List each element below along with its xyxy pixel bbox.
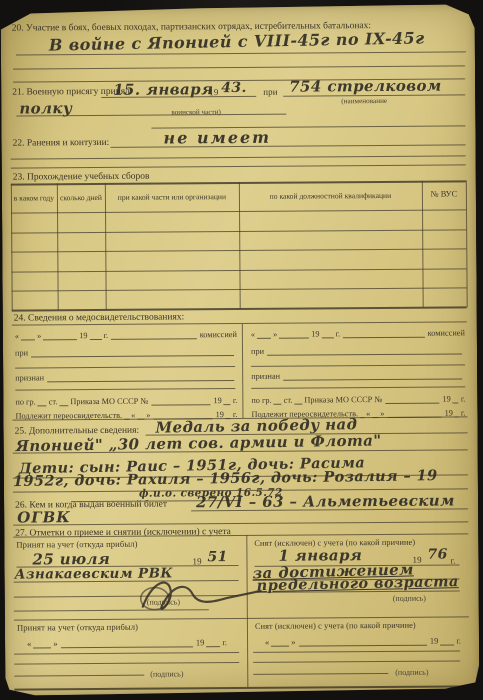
pri-label: при bbox=[15, 348, 28, 357]
rule-line bbox=[253, 673, 388, 675]
medical-column-divider bbox=[242, 324, 244, 418]
year-g: г. bbox=[461, 394, 466, 403]
blank-field bbox=[38, 395, 47, 406]
rule-line bbox=[251, 364, 465, 366]
medical-left-date-row: «»19г.комиссией bbox=[15, 328, 237, 341]
year-g: г. bbox=[222, 637, 227, 647]
year-printed: 19 bbox=[79, 331, 87, 340]
medical-left-priznan-row: признан bbox=[15, 370, 237, 383]
accepted-label-row2: Принят на учет (откуда прибыл) bbox=[17, 623, 138, 634]
quote-close: » bbox=[291, 637, 295, 647]
quote-close: » bbox=[273, 330, 277, 339]
medical-right-pri-row: при bbox=[251, 343, 465, 355]
table-header-vus: № ВУС bbox=[423, 181, 465, 208]
rule-line bbox=[11, 155, 466, 159]
quote-open: « bbox=[265, 637, 269, 647]
blank-field bbox=[279, 328, 309, 339]
blank-field bbox=[298, 635, 426, 647]
accept-date-blank-row2: «»19г. bbox=[27, 636, 227, 648]
blank-field bbox=[283, 368, 462, 380]
signature-scribble bbox=[133, 572, 265, 619]
blank-field bbox=[267, 343, 462, 355]
blank-field bbox=[274, 394, 282, 405]
blank-field bbox=[31, 345, 234, 357]
table-header-days: сколько дней bbox=[58, 184, 104, 211]
table-header-year: в каком году bbox=[12, 184, 56, 211]
table-border-right bbox=[466, 180, 468, 307]
commission-label: комиссией bbox=[428, 328, 465, 337]
blank-field bbox=[271, 636, 289, 647]
prikaz-label: Приказа МО СССР № bbox=[70, 397, 148, 407]
po-gr-label: по гр. bbox=[251, 396, 271, 405]
quote-open: « bbox=[27, 638, 31, 648]
paper-sheet: 20. Участие в боях, боевых походах, парт… bbox=[1, 4, 480, 695]
medical-left-pri-row: при bbox=[15, 345, 237, 358]
removed-date-blank-row2: «»19г. bbox=[265, 634, 461, 646]
rule-line bbox=[253, 650, 460, 652]
blank-field bbox=[206, 636, 220, 647]
st-label: ст. bbox=[284, 396, 293, 405]
rule-line bbox=[14, 652, 239, 655]
priznan-label: признан bbox=[251, 372, 280, 381]
priznan-label: признан bbox=[15, 373, 44, 382]
rule-line bbox=[13, 65, 465, 69]
rule-line bbox=[11, 164, 466, 168]
year-printed: 19 bbox=[442, 395, 450, 404]
removed-label-row2: Снят (исключен) с учета (по какой причин… bbox=[255, 621, 416, 632]
blank-field bbox=[59, 395, 68, 406]
blank-field bbox=[440, 635, 454, 646]
signature-label-removed-row2: (подпись) bbox=[395, 668, 428, 677]
signature-label-accept-row2: (подпись) bbox=[150, 669, 183, 678]
section23-label: 23. Прохождение учебных сборов bbox=[13, 172, 150, 183]
rule-line bbox=[14, 675, 144, 677]
removed-year-handwriting: 76 bbox=[427, 547, 447, 563]
blank-field bbox=[224, 394, 231, 405]
quote-close: » bbox=[37, 331, 41, 340]
po-gr-label: по гр. bbox=[15, 397, 35, 406]
quote-open: « bbox=[15, 332, 19, 341]
rule-line bbox=[15, 366, 235, 369]
year-g: г. bbox=[233, 396, 238, 405]
section21-caption-2: воинской части) bbox=[171, 108, 221, 116]
section24-label: 24. Сведения о медосвидетельствованиях: bbox=[14, 312, 185, 323]
year-printed: 19 bbox=[311, 329, 319, 338]
prikaz-label: Приказа МО СССР № bbox=[304, 395, 382, 405]
year-printed: 19 bbox=[196, 637, 205, 647]
medical-right-priznan-row: признан bbox=[251, 368, 465, 380]
rule-line bbox=[13, 521, 468, 525]
medical-right-order-row: по гр.ст.Приказа МО СССР №19г. bbox=[251, 392, 465, 404]
rule-line bbox=[14, 662, 239, 665]
accept-year-handwriting: 51 bbox=[207, 549, 227, 565]
quote-open: « bbox=[251, 330, 255, 339]
signature-label-removed-row1: (подпись) bbox=[393, 594, 426, 603]
medical-left-order-row: по гр.ст.Приказа МО СССР №19г. bbox=[15, 394, 237, 407]
section21-year-handwriting: 43. bbox=[221, 80, 247, 96]
rule-line bbox=[253, 590, 460, 592]
blank-field bbox=[43, 329, 77, 340]
section22-label: 22. Ранения и контузии: bbox=[13, 138, 110, 149]
year-printed: 19 bbox=[430, 636, 439, 646]
st-label: ст. bbox=[49, 397, 58, 406]
rule-line bbox=[15, 388, 235, 391]
accepted-label-row1: Принят на учет (откуда прибыл) bbox=[16, 540, 137, 551]
blank-field bbox=[111, 328, 197, 340]
quote-close: » bbox=[53, 638, 57, 648]
rule-line bbox=[253, 660, 460, 662]
table-header-qualification: по какой должностной квалификации bbox=[241, 182, 420, 210]
blank-field bbox=[33, 637, 51, 648]
rule-line bbox=[251, 386, 465, 388]
section22-entry-handwriting: не имеет bbox=[163, 128, 271, 148]
blank-field bbox=[21, 329, 35, 340]
section21-pri: при bbox=[263, 87, 278, 97]
blank-field bbox=[47, 370, 234, 382]
blank-field bbox=[385, 393, 439, 404]
blank-field bbox=[89, 329, 101, 340]
section21-caption-1: (наименование bbox=[341, 97, 387, 105]
blank-field bbox=[453, 392, 459, 403]
year-g: г. bbox=[335, 329, 340, 338]
section21-unit-handwriting: 754 стрелковом bbox=[289, 77, 442, 96]
pri-label: при bbox=[251, 347, 264, 356]
blank-field bbox=[321, 327, 333, 338]
medical-right-date-row: «»19г.комиссией bbox=[251, 326, 465, 338]
year-printed: 19 bbox=[412, 555, 421, 565]
year-g: г. bbox=[103, 331, 108, 340]
blank-field bbox=[294, 394, 302, 405]
blank-field bbox=[61, 636, 193, 648]
year-printed: 19 bbox=[213, 396, 221, 405]
commission-label: комиссией bbox=[200, 330, 237, 339]
table-header-unit: при какой части или организации bbox=[107, 183, 237, 211]
year-g: г. bbox=[456, 635, 461, 645]
blank-field bbox=[257, 328, 271, 339]
blank-field bbox=[151, 394, 210, 405]
blank-field bbox=[343, 327, 425, 339]
